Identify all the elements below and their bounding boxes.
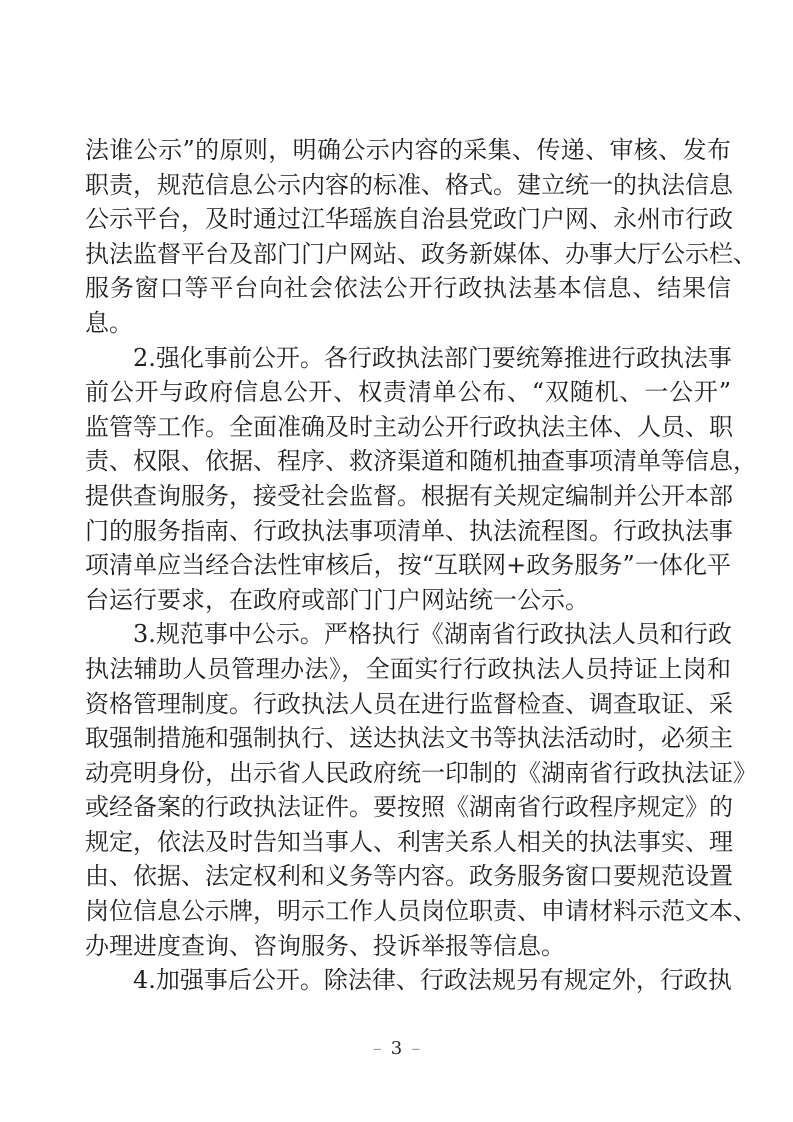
text-line: 职责，规范信息公示内容的标准、格式。建立统一的执法信息	[85, 168, 731, 203]
text-line: 法谁公示”的原则，明确公示内容的采集、传递、审核、发布	[85, 133, 731, 168]
text-line: 取强制措施和强制执行、送达执法文书等执法活动时，必须主	[85, 721, 731, 756]
document-body: 法谁公示”的原则，明确公示内容的采集、传递、审核、发布职责，规范信息公示内容的标…	[85, 133, 731, 998]
text-line: 执法辅助人员管理办法》，全面实行行政执法人员持证上岗和	[85, 652, 731, 687]
text-line: 4.加强事后公开。除法律、行政法规另有规定外，行政执	[85, 963, 731, 998]
text-line: 责、权限、依据、程序、救济渠道和随机抽查事项清单等信息，	[85, 444, 731, 479]
text-line: 规定，依法及时告知当事人、利害关系人相关的执法事实、理	[85, 825, 731, 860]
page-number: –3–	[0, 1038, 793, 1059]
text-line: 台运行要求，在政府或部门门户网站统一公示。	[85, 583, 731, 618]
document-page: 法谁公示”的原则，明确公示内容的采集、传递、审核、发布职责，规范信息公示内容的标…	[0, 0, 793, 1122]
text-line: 动亮明身份，出示省人民政府统一印制的《湖南省行政执法证》	[85, 756, 731, 791]
text-line: 或经备案的行政执法证件。要按照《湖南省行政程序规定》的	[85, 790, 731, 825]
page-number-dash-left: –	[373, 1038, 382, 1059]
text-line: 资格管理制度。行政执法人员在进行监督检查、调查取证、采	[85, 687, 731, 722]
page-number-dash-right: –	[411, 1038, 420, 1059]
text-line: 由、依据、法定权利和义务等内容。政务服务窗口要规范设置	[85, 859, 731, 894]
text-line: 服务窗口等平台向社会依法公开行政执法基本信息、结果信	[85, 271, 731, 306]
text-line: 办理进度查询、咨询服务、投诉举报等信息。	[85, 929, 731, 964]
text-line: 3.规范事中公示。严格执行《湖南省行政执法人员和行政	[85, 617, 731, 652]
text-line: 项清单应当经合法性审核后，按“互联网+政务服务”一体化平	[85, 548, 731, 583]
text-line: 2.强化事前公开。各行政执法部门要统筹推进行政执法事	[85, 341, 731, 376]
text-line: 提供查询服务，接受社会监督。根据有关规定编制并公开本部	[85, 479, 731, 514]
text-line: 监管等工作。全面准确及时主动公开行政执法主体、人员、职	[85, 410, 731, 445]
text-line: 门的服务指南、行政执法事项清单、执法流程图。行政执法事	[85, 514, 731, 549]
text-line: 前公开与政府信息公开、权责清单公布、“双随机、一公开”	[85, 375, 731, 410]
page-number-value: 3	[391, 1038, 402, 1059]
text-line: 公示平台，及时通过江华瑶族自治县党政门户网、永州市行政	[85, 202, 731, 237]
text-line: 执法监督平台及部门门户网站、政务新媒体、办事大厅公示栏、	[85, 237, 731, 272]
text-line: 息。	[85, 306, 731, 341]
text-line: 岗位信息公示牌，明示工作人员岗位职责、申请材料示范文本、	[85, 894, 731, 929]
